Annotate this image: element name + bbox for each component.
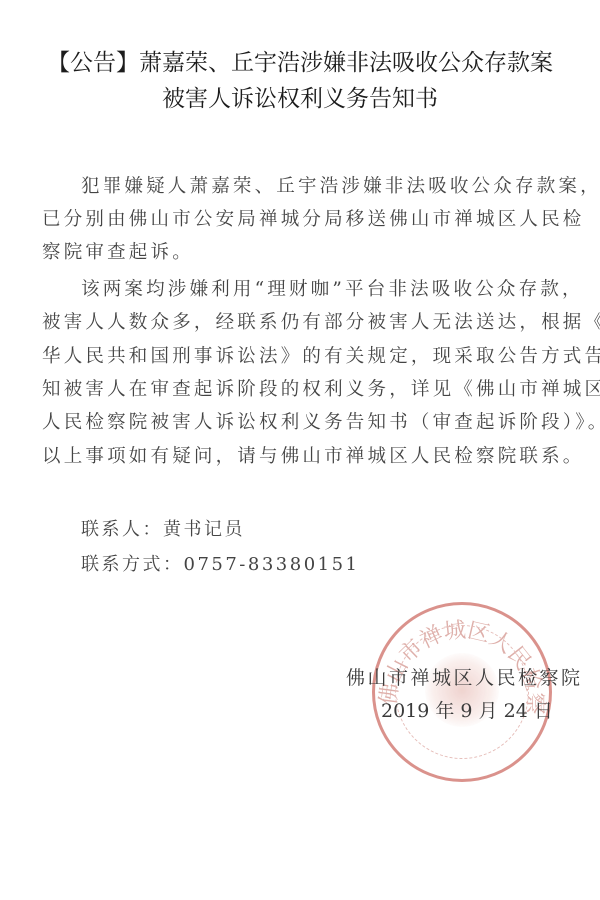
body-line: 察院审查起诉。 [42, 241, 582, 265]
body-line: 人民检察院被害人诉讼权利义务告知书（审查起诉阶段）》。 [42, 411, 582, 435]
contact-phone: 联系方式：0757-83380151 [81, 553, 360, 577]
signature-date: 2019 年 9 月 24 日 [381, 699, 553, 723]
body-line: 知被害人在审查起诉阶段的权利义务，详见《佛山市禅城区 [42, 378, 582, 402]
notice-title-line2: 被害人诉讼权利义务告知书 [0, 84, 600, 114]
contact-person: 联系人：黄书记员 [81, 518, 245, 542]
body-line: 犯罪嫌疑人萧嘉荣、丘宇浩涉嫌非法吸收公众存款案， [81, 175, 600, 199]
body-line: 以上事项如有疑问，请与佛山市禅城区人民检察院联系。 [42, 445, 582, 469]
body-line: 被害人人数众多，经联系仍有部分被害人无法送达，根据《中 [42, 311, 582, 335]
body-line: 华人民共和国刑事诉讼法》的有关规定，现采取公告方式告 [42, 345, 582, 369]
notice-title-line1: 【公告】萧嘉荣、丘宇浩涉嫌非法吸收公众存款案 [0, 48, 600, 78]
official-seal-icon: 佛山市禅城区人民检察院 [372, 602, 552, 782]
body-line: 该两案均涉嫌利用“理财咖”平台非法吸收公众存款， [81, 278, 600, 302]
signature-organization: 佛山市禅城区人民检察院 [346, 666, 583, 690]
body-line: 已分别由佛山市公安局禅城分局移送佛山市禅城区人民检 [42, 208, 582, 232]
